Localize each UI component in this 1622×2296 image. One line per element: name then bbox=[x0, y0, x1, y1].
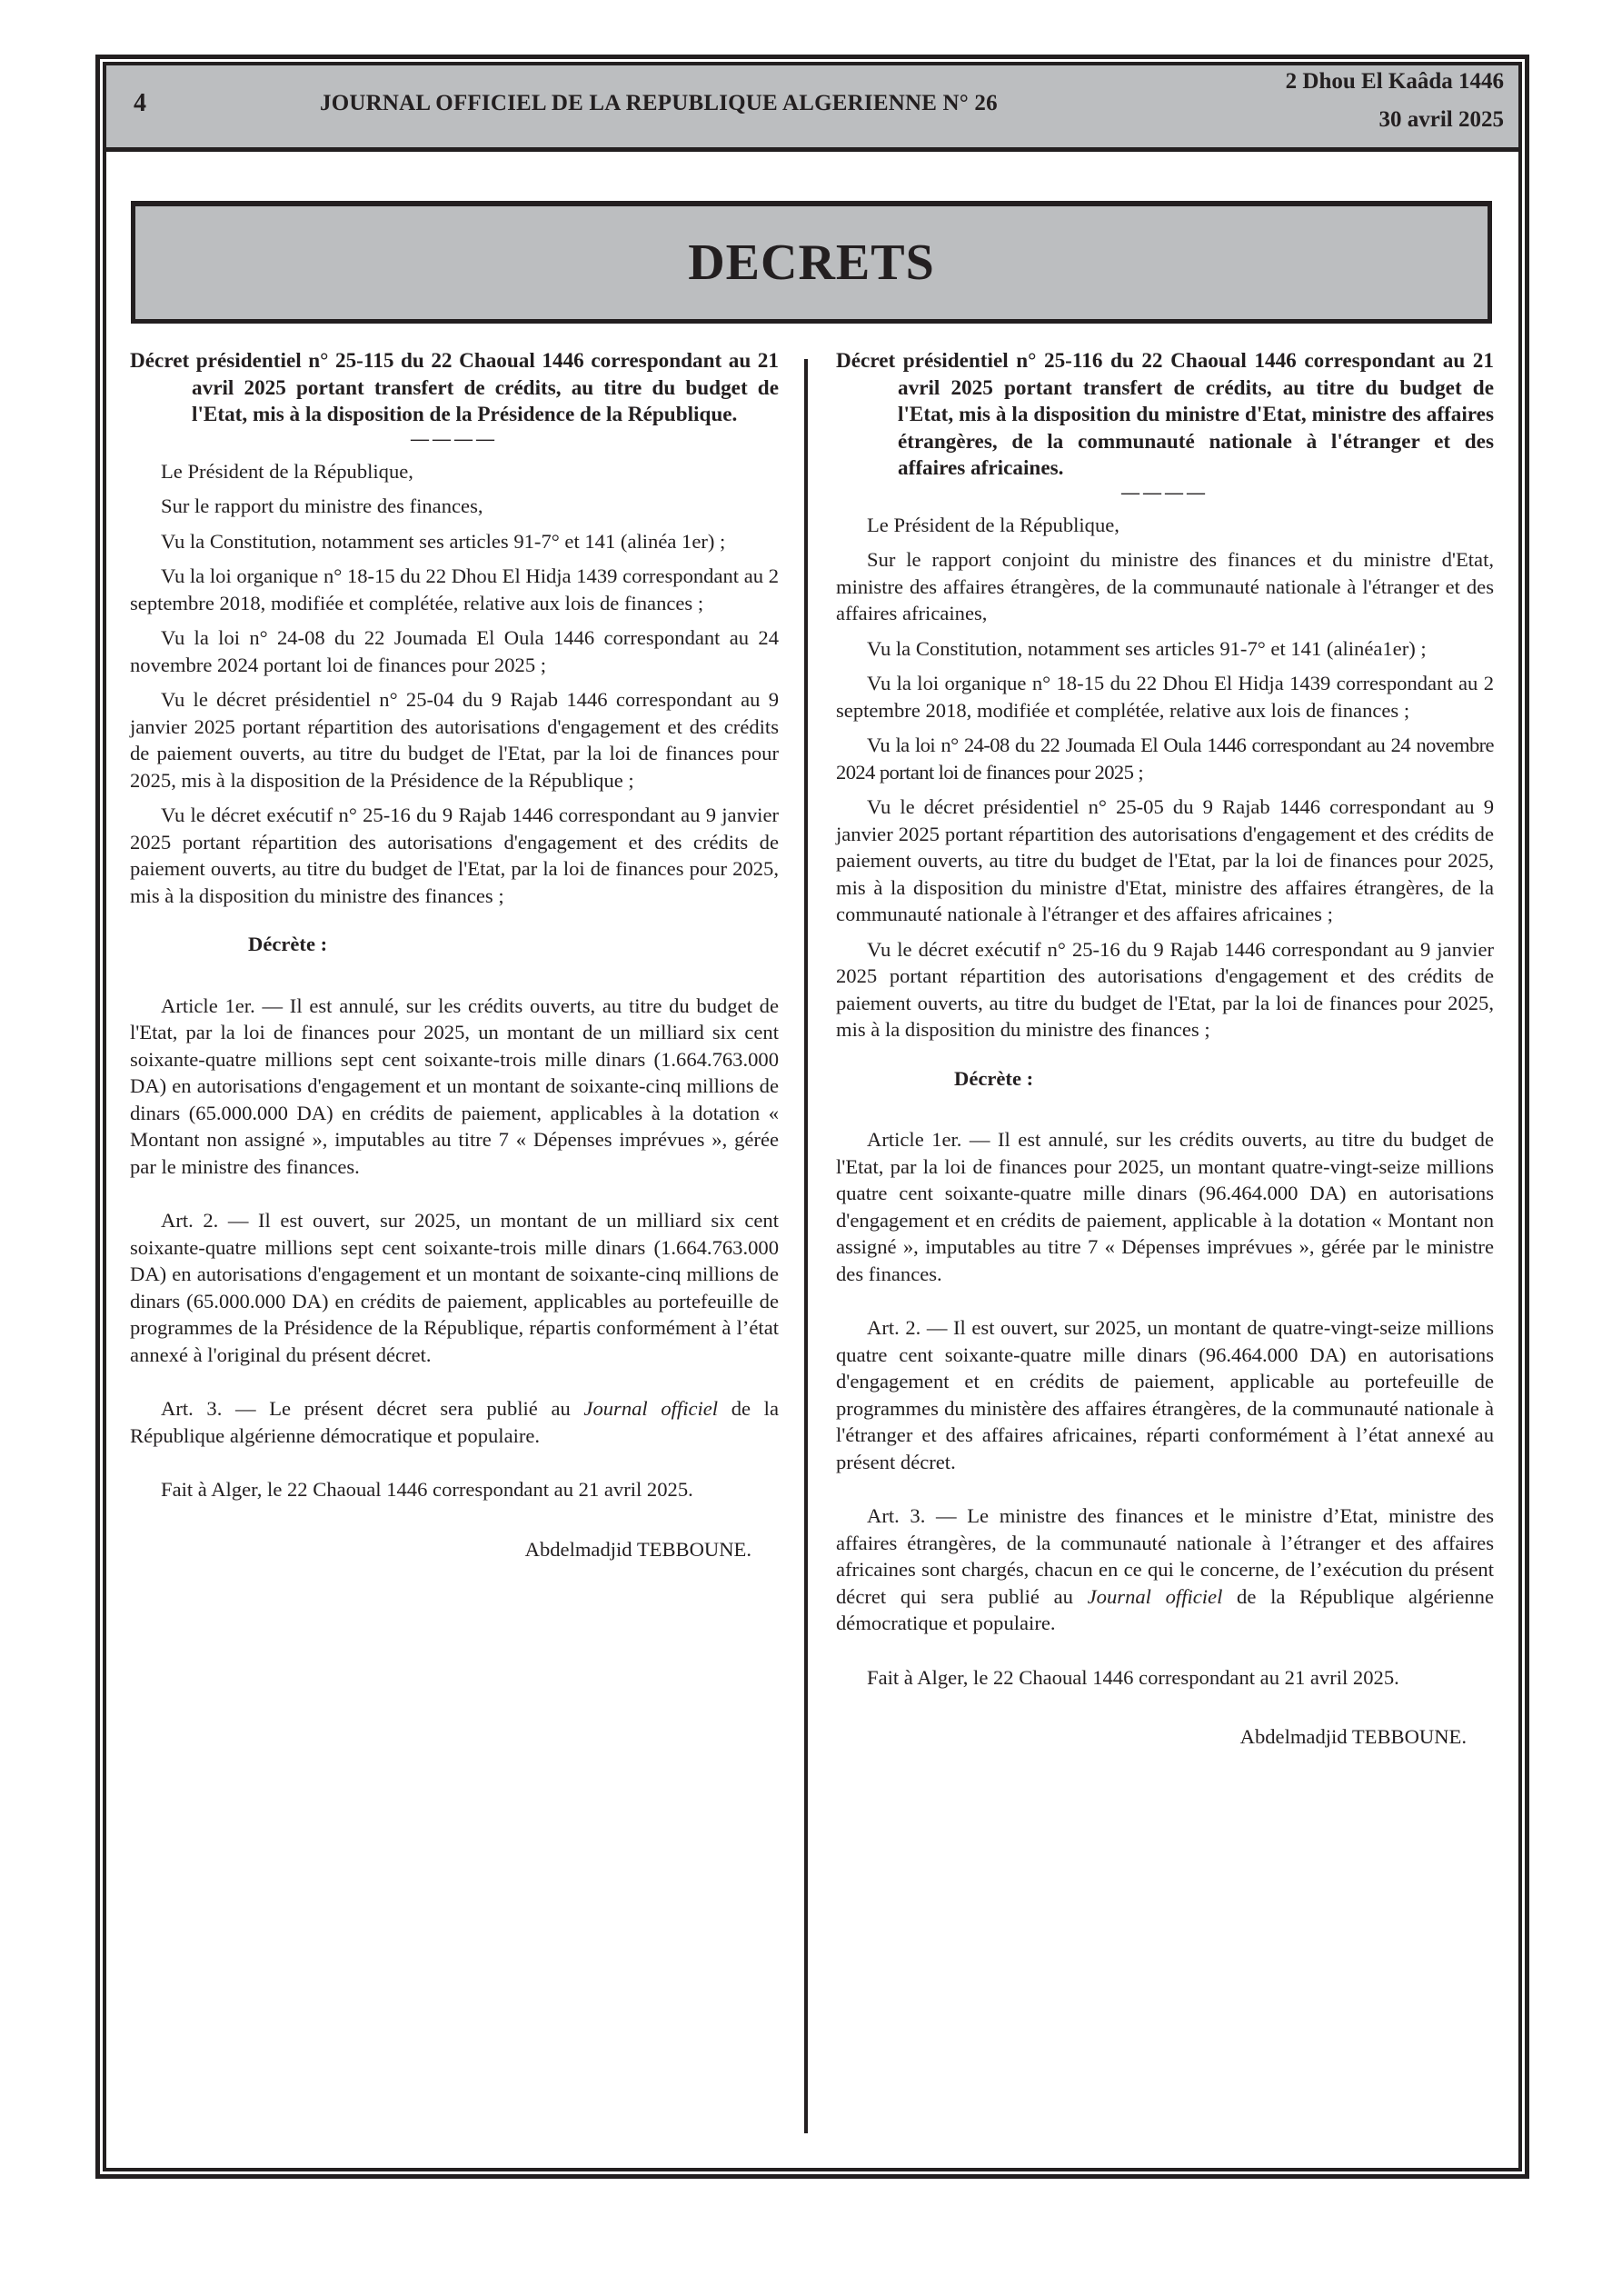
closing-line: Fait à Alger, le 22 Chaoual 1446 corresp… bbox=[130, 1476, 779, 1503]
article-3-text: Art. 3. — Le présent décret sera publié … bbox=[161, 1397, 583, 1420]
signature: Abdelmadjid TEBBOUNE. bbox=[130, 1536, 779, 1563]
article-paragraph: Article 1er. — Il est annulé, sur les cr… bbox=[836, 1126, 1494, 1287]
journal-officiel-italic: Journal officiel bbox=[583, 1397, 718, 1420]
preamble-paragraph: Vu la loi n° 24-08 du 22 Joumada El Oula… bbox=[836, 732, 1494, 785]
column-divider bbox=[804, 359, 808, 2133]
section-banner: DECRETS bbox=[131, 201, 1492, 324]
preamble-paragraph: Vu le décret exécutif n° 25-16 du 9 Raja… bbox=[836, 936, 1494, 1043]
decrete-heading: Décrète : bbox=[836, 1065, 1494, 1093]
article-3-paragraph: Art. 3. — Le ministre des finances et le… bbox=[836, 1502, 1494, 1637]
closing-line: Fait à Alger, le 22 Chaoual 1446 corresp… bbox=[836, 1664, 1494, 1692]
decree-title: Décret présidentiel n° 25-115 du 22 Chao… bbox=[130, 348, 779, 429]
gregorian-date: 30 avril 2025 bbox=[1379, 107, 1505, 133]
preamble-paragraph: Vu la loi organique n° 18-15 du 22 Dhou … bbox=[836, 670, 1494, 724]
preamble-paragraph: Vu la Constitution, notamment ses articl… bbox=[836, 635, 1494, 663]
preamble-paragraph: Vu le décret présidentiel n° 25-04 du 9 … bbox=[130, 686, 779, 794]
decree-left-column: Décret présidentiel n° 25-115 du 22 Chao… bbox=[130, 348, 779, 1562]
decree-title: Décret présidentiel n° 25-116 du 22 Chao… bbox=[836, 348, 1494, 483]
journal-officiel-italic: Journal officiel bbox=[1088, 1585, 1223, 1608]
preamble-paragraph: Vu la Constitution, notamment ses articl… bbox=[130, 528, 779, 555]
article-paragraph: Art. 2. — Il est ouvert, sur 2025, un mo… bbox=[130, 1207, 779, 1368]
hijri-date: 2 Dhou El Kaâda 1446 bbox=[1286, 69, 1504, 95]
journal-header: 4 JOURNAL OFFICIEL DE LA REPUBLIQUE ALGE… bbox=[106, 65, 1518, 152]
preamble-paragraph: Le Président de la République, bbox=[836, 512, 1494, 539]
article-3-paragraph: Art. 3. — Le présent décret sera publié … bbox=[130, 1395, 779, 1449]
title-separator: ———— bbox=[836, 483, 1494, 503]
article-paragraph: Article 1er. — Il est annulé, sur les cr… bbox=[130, 993, 779, 1181]
title-separator: ———— bbox=[130, 429, 779, 449]
section-title: DECRETS bbox=[688, 234, 935, 292]
preamble-paragraph: Sur le rapport du ministre des finances, bbox=[130, 493, 779, 520]
decrete-heading: Décrète : bbox=[130, 931, 779, 958]
decree-right-column: Décret présidentiel n° 25-116 du 22 Chao… bbox=[836, 348, 1494, 1751]
preamble-paragraph: Le Président de la République, bbox=[130, 458, 779, 485]
preamble-paragraph: Vu le décret présidentiel n° 25-05 du 9 … bbox=[836, 794, 1494, 928]
journal-title: JOURNAL OFFICIEL DE LA REPUBLIQUE ALGERI… bbox=[320, 91, 998, 116]
article-paragraph: Art. 2. — Il est ouvert, sur 2025, un mo… bbox=[836, 1314, 1494, 1475]
signature: Abdelmadjid TEBBOUNE. bbox=[836, 1723, 1494, 1751]
preamble-paragraph: Sur le rapport conjoint du ministre des … bbox=[836, 546, 1494, 627]
preamble-paragraph: Vu le décret exécutif n° 25-16 du 9 Raja… bbox=[130, 802, 779, 909]
preamble-paragraph: Vu la loi n° 24-08 du 22 Joumada El Oula… bbox=[130, 624, 779, 678]
preamble-paragraph: Vu la loi organique n° 18-15 du 22 Dhou … bbox=[130, 563, 779, 616]
page-number: 4 bbox=[134, 89, 146, 118]
